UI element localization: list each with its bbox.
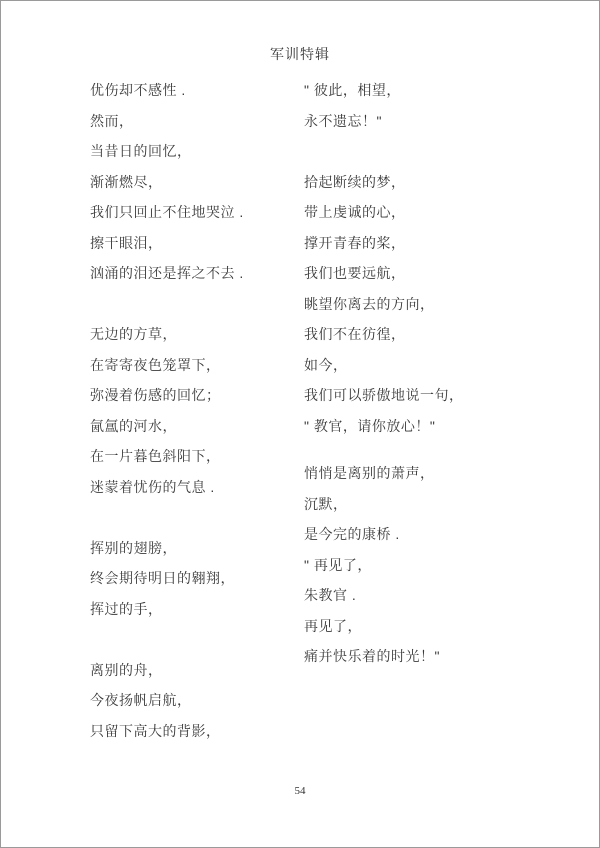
poem-column-right: " 彼此，相望，永不遗忘！"拾起断续的梦，带上虔诚的心，撑开青春的桨，我们也要远…	[304, 75, 566, 672]
poem-line: 永不遗忘！"	[304, 106, 566, 137]
poem-line: 汹涌的泪还是挥之不去 .	[90, 258, 302, 289]
poem-line: 是今完的康桥 .	[304, 519, 566, 550]
poem-line: 在一片暮色斜阳下，	[90, 441, 302, 472]
poem-line: 无边的方草，	[90, 319, 302, 350]
page-title: 军训特辑	[1, 46, 599, 62]
poem-line: 带上虔诚的心，	[304, 197, 566, 228]
poem-line: 我们也要远航，	[304, 258, 566, 289]
poem-line: 朱教官 .	[304, 580, 566, 611]
poem-line: 离别的舟，	[90, 655, 302, 686]
poem-line: 今夜扬帆启航，	[90, 685, 302, 716]
poem-line: " 再见了，	[304, 550, 566, 581]
stanza: 拾起断续的梦，带上虔诚的心，撑开青春的桨，我们也要远航，眺望你离去的方向，我们不…	[304, 167, 566, 442]
poem-line: 氤氲的河水，	[90, 411, 302, 442]
stanza: 悄悄是离别的萧声，沉默，是今完的康桥 ." 再见了，朱教官 .再见了，痛并快乐着…	[304, 458, 566, 672]
poem-line: 迷蒙着忧伤的气息 .	[90, 472, 302, 503]
poem-line: 挥别的翅膀，	[90, 533, 302, 564]
poem-line: 眺望你离去的方向，	[304, 289, 566, 320]
poem-line: 我们不在彷徨，	[304, 319, 566, 350]
poem-line: 在寄寄夜色笼罩下，	[90, 350, 302, 381]
stanza: " 彼此，相望，永不遗忘！"	[304, 75, 566, 136]
poem-line: 我们可以骄傲地说一句，	[304, 380, 566, 411]
stanza: 挥别的翅膀，终会期待明日的翱翔，挥过的手，	[90, 533, 302, 625]
poem-line: 然而，	[90, 106, 302, 137]
poem-line: 渐渐燃尽，	[90, 167, 302, 198]
poem-line: 当昔日的回忆，	[90, 136, 302, 167]
poem-line: 弥漫着伤感的回忆；	[90, 380, 302, 411]
stanza: 无边的方草，在寄寄夜色笼罩下，弥漫着伤感的回忆；氤氲的河水，在一片暮色斜阳下，迷…	[90, 319, 302, 502]
poem-line: 再见了，	[304, 611, 566, 642]
poem-line: " 教官，请你放心！"	[304, 411, 566, 442]
poem-line: 终会期待明日的翱翔，	[90, 563, 302, 594]
poem-line: 撑开青春的桨，	[304, 228, 566, 259]
poem-line: 优伤却不感性 .	[90, 75, 302, 106]
poem-line: 拾起断续的梦，	[304, 167, 566, 198]
stanza: 离别的舟，今夜扬帆启航，只留下高大的背影，	[90, 655, 302, 747]
poem-line: 只留下高大的背影，	[90, 716, 302, 747]
poem-line: 挥过的手，	[90, 594, 302, 625]
stanza: 优伤却不感性 .然而，当昔日的回忆，渐渐燃尽，我们只回止不住地哭泣 .擦干眼泪，…	[90, 75, 302, 289]
poem-line: 擦干眼泪，	[90, 228, 302, 259]
page-number: 54	[1, 784, 599, 798]
poem-line: 悄悄是离别的萧声，	[304, 458, 566, 489]
document-page: 军训特辑 优伤却不感性 .然而，当昔日的回忆，渐渐燃尽，我们只回止不住地哭泣 .…	[0, 0, 600, 848]
poem-column-left: 优伤却不感性 .然而，当昔日的回忆，渐渐燃尽，我们只回止不住地哭泣 .擦干眼泪，…	[90, 75, 302, 746]
poem-line: 如今，	[304, 350, 566, 381]
poem-line: " 彼此，相望，	[304, 75, 566, 106]
poem-line: 痛并快乐着的时光！"	[304, 641, 566, 672]
poem-line: 沉默，	[304, 489, 566, 520]
poem-line: 我们只回止不住地哭泣 .	[90, 197, 302, 228]
